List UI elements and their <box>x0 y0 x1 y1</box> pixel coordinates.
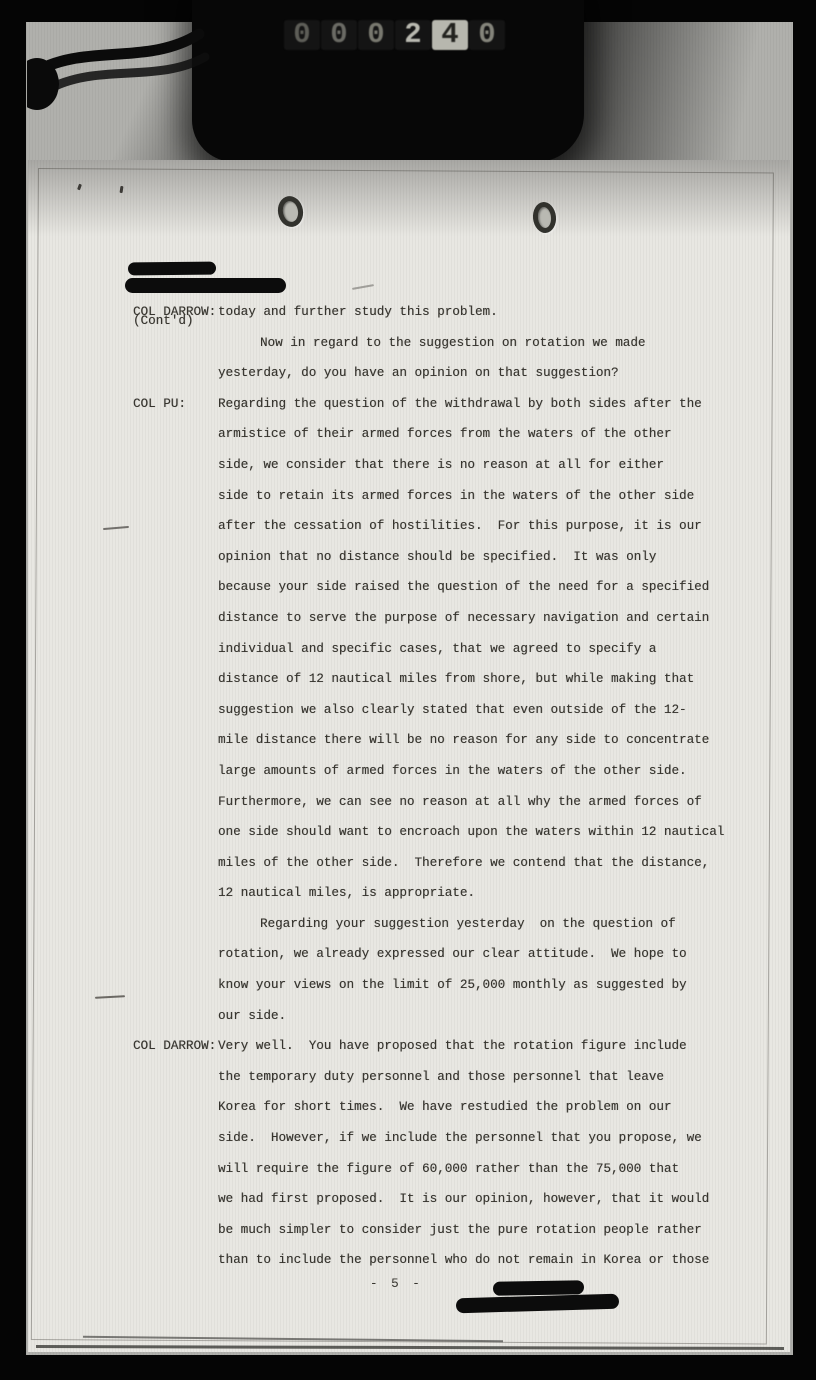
counter-display: 000240 <box>284 20 506 50</box>
page-number: - 5 - <box>370 1274 423 1294</box>
paper-stack-edge <box>36 1345 784 1350</box>
transcript-line: rotation, we already expressed our clear… <box>218 939 790 970</box>
transcript-line: 12 nautical miles, is appropriate. <box>218 878 790 909</box>
counter-cable-icon <box>27 12 227 132</box>
transcript-line: Very well. You have proposed that the ro… <box>218 1031 790 1062</box>
transcript-line: Korea for short times. We have restudied… <box>218 1092 790 1123</box>
transcript-line: side, we consider that there is no reaso… <box>218 450 790 481</box>
transcript-line: because your side raised the question of… <box>218 572 790 603</box>
transcript-line: be much simpler to consider just the pur… <box>218 1215 790 1246</box>
transcript-line: yesterday, do you have an opinion on tha… <box>218 358 790 389</box>
transcript-line: large amounts of armed forces in the wat… <box>218 756 790 787</box>
transcript-line: Furthermore, we can see no reason at all… <box>218 787 790 818</box>
counter-digit: 0 <box>321 20 357 50</box>
speaker-block: COL PU:Regarding the question of the wit… <box>28 389 790 1031</box>
speaker-block: COL DARROW:Very well. You have proposed … <box>28 1031 790 1276</box>
counter-digit: 0 <box>358 20 394 50</box>
transcript-line: individual and specific cases, that we a… <box>218 634 790 665</box>
transcript: COL DARROW:(Cont'd)today and further stu… <box>28 297 790 1276</box>
transcript-line: distance of 12 nautical miles from shore… <box>218 664 790 695</box>
counter-digit: 4 <box>432 20 468 50</box>
transcript-line: side to retain its armed forces in the w… <box>218 481 790 512</box>
speaker-block: COL DARROW:(Cont'd)today and further stu… <box>28 297 790 389</box>
transcript-line: armistice of their armed forces from the… <box>218 419 790 450</box>
transcript-line: Regarding your suggestion yesterday on t… <box>218 909 790 940</box>
counter-digit: 2 <box>395 20 431 50</box>
transcript-line: mile distance there will be no reason fo… <box>218 725 790 756</box>
transcript-line: after the cessation of hostilities. For … <box>218 511 790 542</box>
document-page: COL DARROW:(Cont'd)today and further stu… <box>28 160 790 1352</box>
transcript-line: the temporary duty personnel and those p… <box>218 1062 790 1093</box>
speaker-label: COL DARROW: <box>133 1031 216 1062</box>
transcript-line: one side should want to encroach upon th… <box>218 817 790 848</box>
counter-digit: 0 <box>284 20 320 50</box>
speaker-note: (Cont'd) <box>133 314 193 328</box>
redaction-bar-top-1 <box>128 262 216 276</box>
transcript-line: our side. <box>218 1001 790 1032</box>
film-counter-device: 000240 <box>192 0 584 162</box>
transcript-line: suggestion we also clearly stated that e… <box>218 695 790 726</box>
counter-digit: 0 <box>469 20 505 50</box>
transcript-line: Now in regard to the suggestion on rotat… <box>218 328 790 359</box>
speaker-label: COL PU: <box>133 389 186 420</box>
transcript-line: we had first proposed. It is our opinion… <box>218 1184 790 1215</box>
redaction-bar-bottom-1 <box>493 1280 584 1296</box>
transcript-line: opinion that no distance should be speci… <box>218 542 790 573</box>
transcript-line: than to include the personnel who do not… <box>218 1245 790 1276</box>
redaction-bar-top-2 <box>125 278 286 293</box>
transcript-line: today and further study this problem. <box>218 297 790 328</box>
transcript-line: miles of the other side. Therefore we co… <box>218 848 790 879</box>
transcript-line: side. However, if we include the personn… <box>218 1123 790 1154</box>
transcript-line: will require the figure of 60,000 rather… <box>218 1154 790 1185</box>
transcript-line: Regarding the question of the withdrawal… <box>218 389 790 420</box>
transcript-line: know your views on the limit of 25,000 m… <box>218 970 790 1001</box>
transcript-line: distance to serve the purpose of necessa… <box>218 603 790 634</box>
